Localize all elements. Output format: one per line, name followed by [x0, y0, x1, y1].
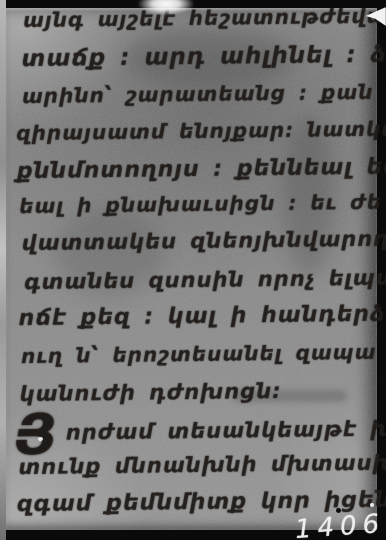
- photo-number: 1406: [294, 509, 386, 540]
- light-flare: [138, 0, 194, 15]
- text-line: ոճէ քեզ ։ կալ ի հանդերձել: [18, 301, 386, 331]
- manuscript-photograph: այնգ այշելէ հեշատութժեվայել տաճք ։ արդ ա…: [0, 0, 386, 540]
- text-line: որժամ տեսանկեայթէ խնաս: [66, 416, 386, 445]
- text-line: եալ ի քնախաւսիցն ։ եւ ժե: [19, 190, 382, 218]
- text-line: ուղ ն՝ երոշտեսանել զապա: [21, 340, 377, 368]
- text-line: տաճք ։ արդ ահլինել ։ ձշմ: [21, 41, 386, 72]
- text-line: քննմոտողոյս ։ քեննեալ եգտ: [17, 154, 386, 184]
- text-line: արինո՝ շարատեանց ։ քան ն: [22, 79, 386, 108]
- text-line: գտանես զսոսին որոչ ելպաա: [24, 265, 386, 294]
- text-line: վատտակես զնեոյխնվարող: [22, 227, 386, 255]
- text-line: տունք մնոանխնի մխտասխն ան: [18, 450, 386, 479]
- text-line: այնգ այշելէ հեշատութժեվայել: [23, 3, 386, 32]
- white-speck: [370, 503, 374, 507]
- white-speck: [38, 437, 43, 441]
- text-block: այնգ այշելէ հեշատութժեվայել տաճք ։ արդ ա…: [0, 0, 386, 540]
- text-line: կանուժի դժոխոցն։: [19, 379, 281, 406]
- text-line: զիրայսատմ ենոյքար։ նատկան կեր: [16, 116, 386, 146]
